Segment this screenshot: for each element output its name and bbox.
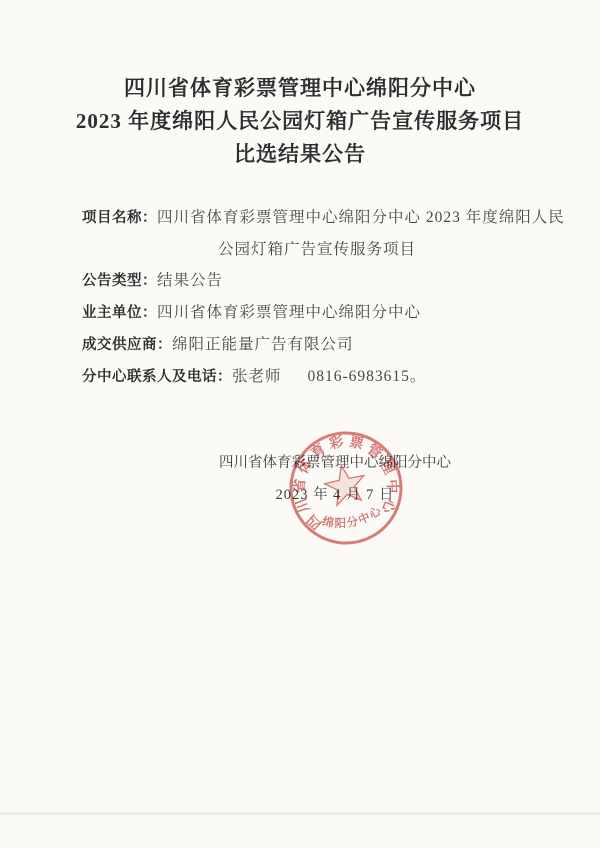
contact-name: 张老师	[232, 368, 282, 385]
title-line-2: 2023 年度绵阳人民公园灯箱广告宣传服务项目	[0, 105, 600, 138]
scan-artifact-band	[0, 812, 600, 815]
field-value: 绵阳正能量广告有限公司	[172, 336, 354, 353]
signature-date: 2023 年 4 月 7 日	[70, 484, 600, 506]
title-line-1: 四川省体育彩票管理中心绵阳分中心	[0, 72, 600, 105]
stamp-ring-char: 彩	[328, 433, 345, 453]
document-body: 项目名称：四川省体育彩票管理中心绵阳分中心 2023 年度绵阳人民 公园灯箱广告…	[82, 202, 582, 393]
contact-phone: 0816-6983615。	[308, 368, 427, 385]
field-row-contact-phone: 分中心联系人及电话：张老师0816-6983615。	[82, 361, 582, 393]
stamp-ring-char: 票	[348, 433, 365, 453]
title-line-3: 比选结果公告	[0, 138, 600, 171]
field-value: 四川省体育彩票管理中心绵阳分中心 2023 年度绵阳人民	[157, 209, 565, 226]
field-row-project-name: 项目名称：四川省体育彩票管理中心绵阳分中心 2023 年度绵阳人民 公园灯箱广告…	[82, 202, 582, 265]
field-label: 业主单位：	[82, 305, 157, 321]
field-value: 结果公告	[157, 272, 223, 289]
field-label: 公告类型：	[82, 273, 157, 289]
signature-org: 四川省体育彩票管理中心绵阳分中心	[70, 452, 600, 474]
field-value-continuation: 公园灯箱广告宣传服务项目	[150, 234, 582, 265]
stamp-ring-char: 四	[304, 511, 325, 532]
field-label: 成交供应商：	[82, 337, 172, 353]
document-title: 四川省体育彩票管理中心绵阳分中心 2023 年度绵阳人民公园灯箱广告宣传服务项目…	[0, 72, 600, 171]
field-value: 四川省体育彩票管理中心绵阳分中心	[157, 304, 421, 321]
field-row-announcement-type: 公告类型：结果公告	[82, 265, 582, 297]
stamp-bottom-text: 绵阳分中心	[319, 502, 387, 536]
field-row-winning-supplier: 成交供应商：绵阳正能量广告有限公司	[82, 329, 582, 361]
scanned-document-page: 四川省体育彩票管理中心绵阳分中心 2023 年度绵阳人民公园灯箱广告宣传服务项目…	[0, 0, 600, 848]
field-label: 分中心联系人及电话：	[82, 369, 232, 385]
field-row-owner-unit: 业主单位：四川省体育彩票管理中心绵阳分中心	[82, 297, 582, 329]
field-label: 项目名称：	[82, 210, 157, 226]
signature-block: 四川省体育彩票管理中心绵阳分中心 2023 年 4 月 7 日	[70, 452, 600, 506]
